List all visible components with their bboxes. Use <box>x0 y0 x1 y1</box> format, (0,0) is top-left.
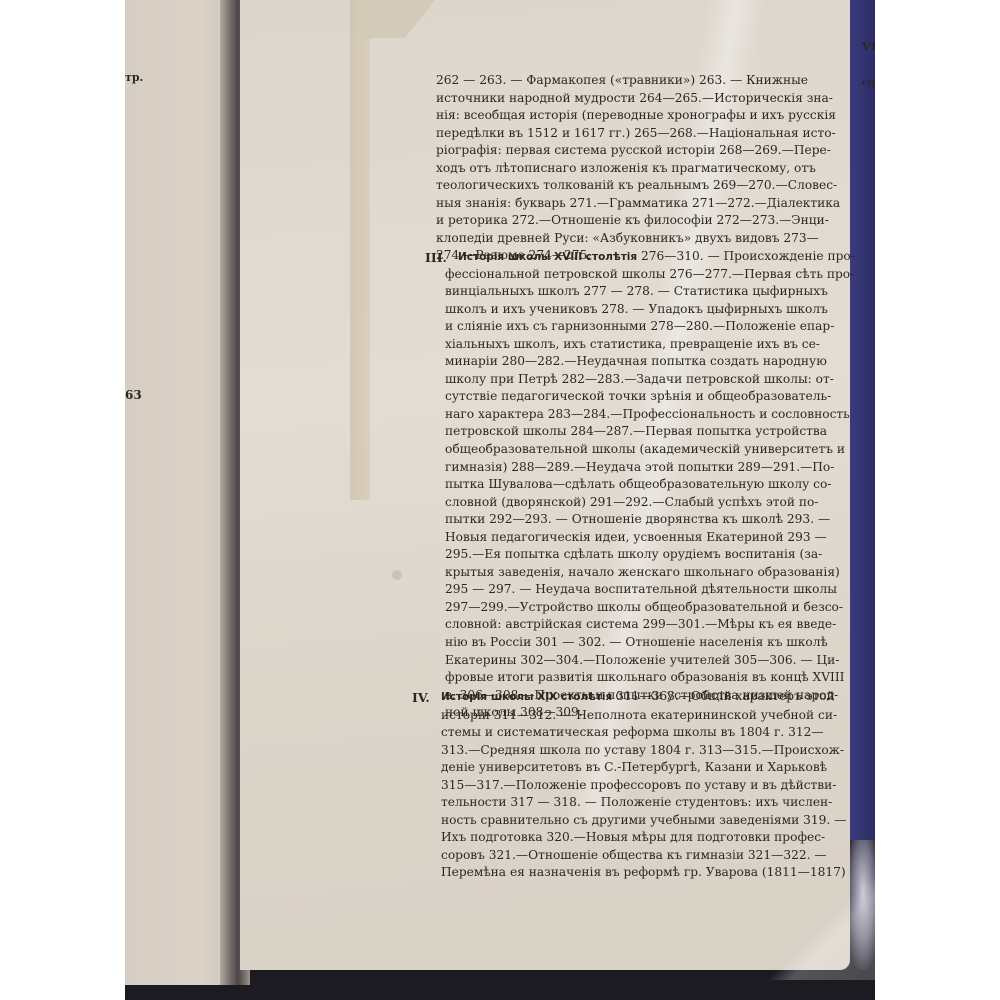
entry-line: Новыя педагогическія идеи, усвоенныя Ека… <box>445 529 806 547</box>
toc-entry-iv: Исторія школы XIX столѣтія 311—363.—Общі… <box>441 688 809 882</box>
entry-line: Перемѣна ея назначенія въ реформѣ гр. Ув… <box>441 864 809 882</box>
section-numeral-iii: III. <box>425 250 447 265</box>
entry-line: ходъ отъ лѣтописнаго изложенія къ прагма… <box>436 160 806 178</box>
ink-mark <box>392 570 402 580</box>
entry-line: теологическихъ толкованій къ реальнымъ 2… <box>436 177 806 195</box>
entry-line: передѣлки въ 1512 и 1617 гг.) 265—268.—Н… <box>436 125 806 143</box>
entry-line: и сліяніе ихъ съ гарнизонными 278—280.—П… <box>445 318 806 336</box>
entry-line: Ихъ подготовка 320.—Новыя мѣры для подго… <box>441 829 809 847</box>
book-photo: тр. 63 VII стр. 262 — 263. — Фармакопея … <box>125 0 875 1000</box>
entry-line: исторіи 311—312. — Неполнота екатерининс… <box>441 707 809 725</box>
entry-line: ныя знанія: букварь 271.—Грамматика 271—… <box>436 195 806 213</box>
entry-line: словной: австрійская система 299—301.—Мѣ… <box>445 616 806 634</box>
entry-line: петровской школы 284—287.—Первая попытка… <box>445 423 806 441</box>
page-number: VII <box>862 40 875 53</box>
entry-line: источники народной мудрости 264—265.—Ист… <box>436 90 806 108</box>
entry-line: хіальныхъ школъ, ихъ статистика, превращ… <box>445 336 806 354</box>
entry-line: нію въ Россіи 301 — 302. — Отношеніе нас… <box>445 634 806 652</box>
section-heading: Исторія школы XVIII столѣтія <box>458 251 637 263</box>
entry-line: общеобразовательной школы (академическій… <box>445 441 806 459</box>
entry-line: 297—299.—Устройство школы общеобразовате… <box>445 599 806 617</box>
entry-line: наго характера 283—284.—Профессіональнос… <box>445 406 806 424</box>
entry-line: крытыя заведенія, начало женскаго школьн… <box>445 564 806 582</box>
entry-line: 262 — 263. — Фармакопея («травники») 263… <box>436 72 806 90</box>
entry-line: школъ и ихъ учениковъ 278. — Упадокъ цыф… <box>445 301 806 319</box>
entry-line: словной (дворянской) 291—292.—Слабый усп… <box>445 494 806 512</box>
toc-entry-continuation: 262 — 263. — Фармакопея («травники») 263… <box>436 72 806 265</box>
entry-line: фровые итоги развитія школьнаго образова… <box>445 669 806 687</box>
entry-line: 313.—Средняя школа по уставу 1804 г. 313… <box>441 742 809 760</box>
entry-line: ріографія: первая система русской исторі… <box>436 142 806 160</box>
entry-line: ность сравнительно съ другими учебными з… <box>441 812 809 830</box>
right-page: VII стр. 262 — 263. — Фармакопея («травн… <box>240 0 850 970</box>
toc-entry-iii: Исторія школы XVIII столѣтія 276—310. — … <box>458 248 806 267</box>
entry-line: 311—363.—Общій характеръ этой <box>612 689 834 703</box>
entry-line: нія: всеобщая исторія (переводные хроног… <box>436 107 806 125</box>
entry-line: винціальныхъ школъ 277 — 278. — Статисти… <box>445 283 806 301</box>
entry-line: пытка Шувалова—сдѣлать общеобразовательн… <box>445 476 806 494</box>
entry-line: фессіональной петровской школы 276—277.—… <box>445 266 806 284</box>
entry-line: тельности 317 — 318. — Положеніе студент… <box>441 794 809 812</box>
entry-line: клопедіи древней Руси: «Азбуковникъ» дву… <box>436 230 806 248</box>
repair-tape <box>350 0 370 500</box>
section-numeral-iv: IV. <box>412 690 430 705</box>
entry-line: и реторика 272.—Отношеніе къ философіи 2… <box>436 212 806 230</box>
entry-line: 295 — 297. — Неудача воспитательной дѣят… <box>445 581 806 599</box>
left-page: тр. 63 <box>125 0 233 985</box>
entry-line: минаріи 280—282.—Неудачная попытка созда… <box>445 353 806 371</box>
left-page-fragment-number: 63 <box>125 388 142 402</box>
entry-line: соровъ 321.—Отношеніе общества къ гимназ… <box>441 847 809 865</box>
column-label: стр. <box>862 77 875 87</box>
entry-line: гимназія) 288—289.—Неудача этой попытки … <box>445 459 806 477</box>
torn-corner <box>360 0 435 38</box>
entry-line: 295.—Ея попытка сдѣлать школу орудіемъ в… <box>445 546 806 564</box>
section-heading: Исторія школы XIX столѣтія <box>441 691 612 703</box>
entry-line: школу при Петрѣ 282—283.—Задачи петровск… <box>445 371 806 389</box>
entry-line: пытки 292—293. — Отношеніе дворянства къ… <box>445 511 806 529</box>
entry-line: 315—317.—Положеніе профессоровъ по устав… <box>441 777 809 795</box>
entry-line: деніе университетовъ въ С.-Петербургѣ, К… <box>441 759 809 777</box>
left-page-fragment-top: тр. <box>125 71 143 84</box>
entry-line: сутствіе педагогической точки зрѣнія и о… <box>445 388 806 406</box>
toc-entry-iii-body: фессіональной петровской школы 276—277.—… <box>445 266 806 722</box>
entry-line: Екатерины 302—304.—Положеніе учителей 30… <box>445 652 806 670</box>
entry-line: 276—310. — Происхожденіе про- <box>637 249 855 263</box>
entry-line: стемы и систематическая реформа школы въ… <box>441 724 809 742</box>
